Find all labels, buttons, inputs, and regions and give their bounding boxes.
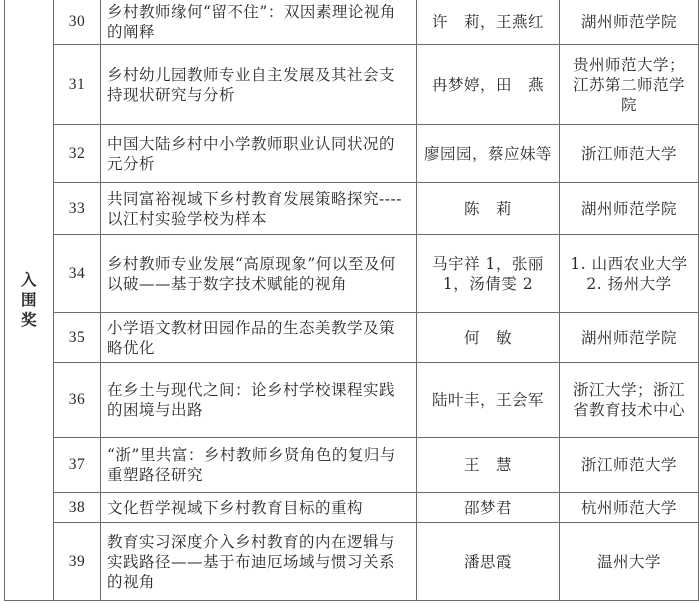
- paper-organization: 浙江师范大学: [560, 125, 699, 183]
- entry-number: 38: [54, 493, 101, 523]
- paper-authors: 冉梦婷，田 燕: [417, 45, 560, 125]
- award-category-char: 奖: [11, 310, 47, 330]
- table-row: 34 乡村教师专业发展“高原现象”何以至及何以破——基于数字技术赋能的视角 马宇…: [5, 235, 699, 313]
- paper-organization: 浙江大学；浙江省教育技术中心: [560, 363, 699, 438]
- paper-title: 在乡土与现代之间：论乡村学校课程实践的困境与出路: [101, 363, 417, 438]
- entry-number: 35: [54, 313, 101, 363]
- paper-authors: 陆叶丰，王会军: [417, 363, 560, 438]
- table-row: 36 在乡土与现代之间：论乡村学校课程实践的困境与出路 陆叶丰，王会军 浙江大学…: [5, 363, 699, 438]
- entry-number: 39: [54, 523, 101, 601]
- paper-authors: 马宇祥 1，张丽 1，汤倩雯 2: [417, 235, 560, 313]
- paper-title: 中国大陆乡村中小学教师职业认同状况的元分析: [101, 125, 417, 183]
- table-row: 入围奖 30 乡村教师缘何“留不住”：双因素理论视角的阐释 许 莉，王燕红 湖州…: [5, 0, 699, 45]
- paper-organization: 湖州师范学院: [560, 183, 699, 235]
- entry-number: 31: [54, 45, 101, 125]
- table-row: 31 乡村幼儿园教师专业自主发展及其社会支持现状研究与分析 冉梦婷，田 燕 贵州…: [5, 45, 699, 125]
- paper-organization: 浙江师范大学: [560, 438, 699, 493]
- paper-title: 共同富裕视域下乡村教育发展策略探究----以江村实验学校为样本: [101, 183, 417, 235]
- paper-title: 乡村教师缘何“留不住”：双因素理论视角的阐释: [101, 0, 417, 45]
- entry-number: 36: [54, 363, 101, 438]
- paper-title: 小学语文教材田园作品的生态美教学及策略优化: [101, 313, 417, 363]
- table-row: 37 “浙”里共富：乡村教师乡贤角色的复归与重塑路径研究 王 慧 浙江师范大学: [5, 438, 699, 493]
- paper-authors: 许 莉，王燕红: [417, 0, 560, 45]
- paper-authors: 潘思霞: [417, 523, 560, 601]
- paper-title: 文化哲学视域下乡村教育目标的重构: [101, 493, 417, 523]
- table-row: 39 教育实习深度介入乡村教育的内在逻辑与实践路径——基于布迪厄场域与惯习关系的…: [5, 523, 699, 601]
- awards-table: 入围奖 30 乡村教师缘何“留不住”：双因素理论视角的阐释 许 莉，王燕红 湖州…: [4, 0, 699, 601]
- table-row: 38 文化哲学视域下乡村教育目标的重构 邵梦君 杭州师范大学: [5, 493, 699, 523]
- award-category-char: 围: [11, 290, 47, 310]
- paper-authors: 邵梦君: [417, 493, 560, 523]
- paper-organization: 湖州师范学院: [560, 313, 699, 363]
- entry-number: 37: [54, 438, 101, 493]
- table-row: 32 中国大陆乡村中小学教师职业认同状况的元分析 廖园园，蔡应妹等 浙江师范大学: [5, 125, 699, 183]
- paper-organization: 杭州师范大学: [560, 493, 699, 523]
- entry-number: 34: [54, 235, 101, 313]
- paper-authors: 陈 莉: [417, 183, 560, 235]
- award-category: 入围奖: [5, 0, 54, 601]
- award-category-char: 入: [11, 270, 47, 290]
- paper-title: 乡村幼儿园教师专业自主发展及其社会支持现状研究与分析: [101, 45, 417, 125]
- paper-organization: 湖州师范学院: [560, 0, 699, 45]
- paper-authors: 王 慧: [417, 438, 560, 493]
- entry-number: 30: [54, 0, 101, 45]
- paper-organization: 温州大学: [560, 523, 699, 601]
- table-row: 33 共同富裕视域下乡村教育发展策略探究----以江村实验学校为样本 陈 莉 湖…: [5, 183, 699, 235]
- entry-number: 32: [54, 125, 101, 183]
- paper-organization: 1. 山西农业大学 2. 扬州大学: [560, 235, 699, 313]
- awards-table-body: 入围奖 30 乡村教师缘何“留不住”：双因素理论视角的阐释 许 莉，王燕红 湖州…: [5, 0, 699, 601]
- paper-organization: 贵州师范大学；江苏第二师范学院: [560, 45, 699, 125]
- paper-authors: 廖园园，蔡应妹等: [417, 125, 560, 183]
- paper-title: 乡村教师专业发展“高原现象”何以至及何以破——基于数字技术赋能的视角: [101, 235, 417, 313]
- paper-authors: 何 敏: [417, 313, 560, 363]
- entry-number: 33: [54, 183, 101, 235]
- paper-title: 教育实习深度介入乡村教育的内在逻辑与实践路径——基于布迪厄场域与惯习关系的视角: [101, 523, 417, 601]
- table-row: 35 小学语文教材田园作品的生态美教学及策略优化 何 敏 湖州师范学院: [5, 313, 699, 363]
- paper-title: “浙”里共富：乡村教师乡贤角色的复归与重塑路径研究: [101, 438, 417, 493]
